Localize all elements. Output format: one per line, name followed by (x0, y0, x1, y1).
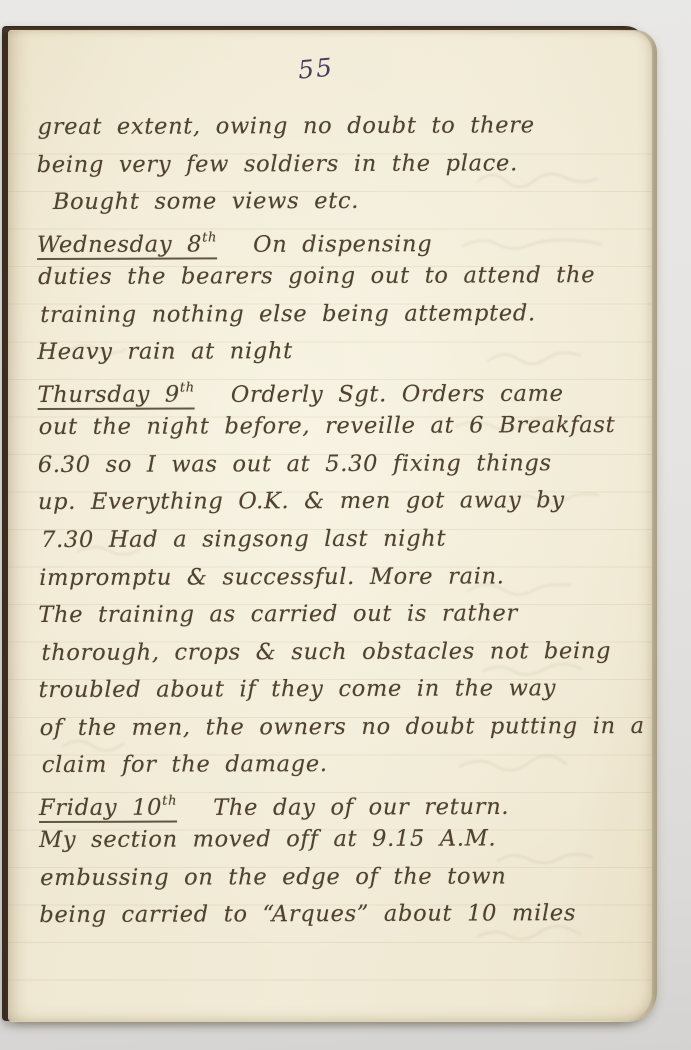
diary-line: impromptu & successful. More rain. (39, 558, 628, 598)
line-text: The day of our return. (213, 794, 509, 821)
line-text: 6.30 so I was out at 5.30 fixing things (38, 450, 552, 478)
entry-date: Friday 10th (39, 795, 177, 823)
line-text: duties the bearers going out to attend t… (38, 262, 595, 290)
photo-background: 55 great extent, owing no doubt to there… (0, 0, 691, 1050)
entry-date: Wednesday 8th (37, 232, 217, 261)
diary-line: up. Everything O.K. & men got away by (38, 482, 628, 522)
line-text: being carried to “Arques” about 10 miles (39, 901, 576, 929)
line-text: training nothing else being attempted. (40, 300, 536, 328)
diary-line: My section moved off at 9.15 A.M. (39, 820, 629, 860)
diary-line: Wednesday 8thOn dispensing (37, 220, 627, 260)
diary-line: Bought some views etc. (53, 182, 627, 222)
diary-line: being very few soldiers in the place. (37, 145, 627, 185)
diary-line: troubled about if they come in the way (39, 670, 629, 710)
page-number: 55 (297, 50, 359, 84)
line-text: of the men, the owners no doubt putting … (40, 713, 645, 741)
line-text: Orderly Sgt. Orders came (231, 381, 564, 408)
diary-photo: { "colors":{ "paper":"#efe8d2", "backgro… (0, 0, 691, 1050)
line-text: Bought some views etc. (53, 188, 359, 215)
line-text: embussing on the edge of the town (40, 863, 506, 891)
diary-line: out the night before, reveille at 6 Brea… (39, 407, 628, 447)
notebook-page: 55 great extent, owing no doubt to there… (8, 31, 652, 1021)
diary-line: Thursday 9thOrderly Sgt. Orders came (37, 370, 627, 410)
line-text: My section moved off at 9.15 A.M. (39, 826, 496, 854)
diary-line: embussing on the edge of the town (40, 858, 629, 898)
diary-line: of the men, the owners no doubt putting … (40, 708, 629, 748)
diary-line: claim for the damage. (42, 745, 629, 785)
line-text: being very few soldiers in the place. (37, 150, 518, 178)
line-text: 7.30 Had a singsong last night (41, 526, 446, 553)
diary-line: 6.30 so I was out at 5.30 fixing things (38, 445, 628, 485)
line-text: claim for the damage. (42, 751, 328, 778)
line-text: The training as carried out is rather (38, 600, 518, 628)
diary-line: being carried to “Arques” about 10 miles (39, 895, 629, 935)
line-text: Heavy rain at night (37, 338, 293, 365)
diary-line: The training as carried out is rather (38, 595, 628, 635)
line-text: impromptu & successful. More rain. (39, 563, 505, 591)
line-text: troubled about if they come in the way (39, 675, 557, 703)
diary-line: duties the bearers going out to attend t… (38, 257, 627, 297)
line-text: out the night before, reveille at 6 Brea… (39, 412, 616, 440)
diary-line: thorough, crops & such obstacles not bei… (41, 633, 628, 673)
diary-line: Friday 10thThe day of our return. (39, 783, 629, 823)
diary-line: training nothing else being attempted. (40, 295, 627, 335)
line-text: On dispensing (253, 231, 432, 258)
line-text: great extent, owing no doubt to there (38, 112, 535, 140)
diary-line: 7.30 Had a singsong last night (41, 520, 628, 560)
diary-line: Heavy rain at night (37, 332, 627, 372)
line-text: up. Everything O.K. & men got away by (38, 488, 565, 516)
diary-lines: great extent, owing no doubt to therebei… (37, 107, 630, 935)
line-text: thorough, crops & such obstacles not bei… (41, 638, 611, 666)
diary-line: great extent, owing no doubt to there (38, 107, 627, 147)
entry-date: Thursday 9th (38, 382, 195, 411)
